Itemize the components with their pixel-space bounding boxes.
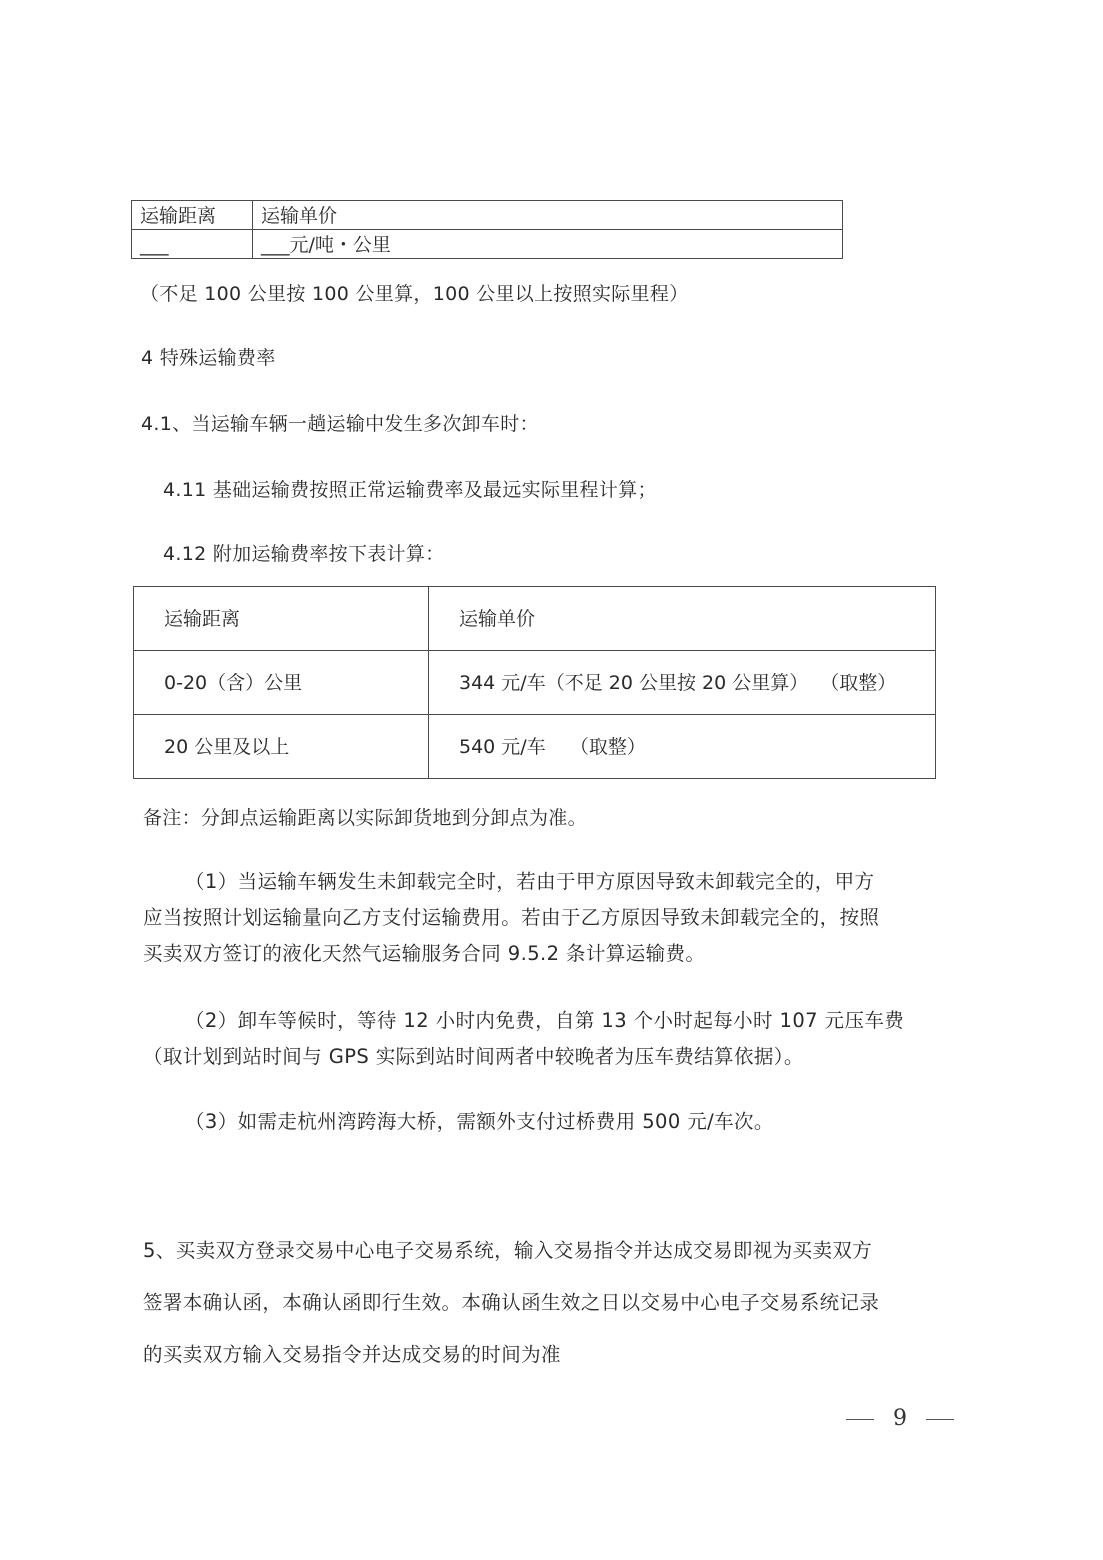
- item-1-paragraph: （1）当运输车辆发生未卸载完全时，若由于甲方原因导致未卸载完全的，甲方 应当按照…: [143, 864, 879, 972]
- transport-rate-table: 运输距离 运输单价 ___ ___元/吨・公里: [131, 200, 843, 259]
- table-header-cell: 运输单价: [253, 201, 843, 230]
- item-3-paragraph: （3）如需走杭州湾跨海大桥，需额外支付过桥费用 500 元/车次。: [185, 1104, 774, 1140]
- section-4-1: 4.1、当运输车辆一趟运输中发生多次卸车时：: [141, 412, 539, 436]
- table-row: 0-20（含）公里 344 元/车（不足 20 公里按 20 公里算） （取整）: [134, 651, 936, 715]
- table-header-cell: 运输距离: [132, 201, 253, 230]
- table-header-cell: 运输单价: [429, 587, 936, 651]
- section-4-title: 4 特殊运输费率: [141, 346, 276, 370]
- table-row: ___ ___元/吨・公里: [132, 230, 843, 259]
- page-number-value: 9: [893, 1406, 907, 1431]
- item-2-paragraph: （2）卸车等候时，等待 12 小时内免费，自第 13 个小时起每小时 107 元…: [143, 1003, 904, 1075]
- section-5-line: 签署本确认函，本确认函即行生效。本确认函生效之日以交易中心电子交易系统记录: [143, 1277, 879, 1329]
- section-5-line: 5、买卖双方登录交易中心电子交易系统，输入交易指令并达成交易即视为买卖双方: [143, 1225, 879, 1277]
- table-header-row: 运输距离 运输单价: [132, 201, 843, 230]
- table-cell: 344 元/车（不足 20 公里按 20 公里算） （取整）: [429, 651, 936, 715]
- item-1-line: （1）当运输车辆发生未卸载完全时，若由于甲方原因导致未卸载完全的，甲方: [143, 864, 879, 900]
- table-row: 20 公里及以上 540 元/车 （取整）: [134, 715, 936, 779]
- item-1-line: 应当按照计划运输量向乙方支付运输费用。若由于乙方原因导致未卸载完全的，按照: [143, 900, 879, 936]
- table-header-row: 运输距离 运输单价: [134, 587, 936, 651]
- additional-rate-table: 运输距离 运输单价 0-20（含）公里 344 元/车（不足 20 公里按 20…: [133, 586, 936, 779]
- section-5-paragraph: 5、买卖双方登录交易中心电子交易系统，输入交易指令并达成交易即视为买卖双方 签署…: [143, 1225, 879, 1381]
- section-4-11: 4.11 基础运输费按照正常运输费率及最远实际里程计算；: [163, 478, 657, 502]
- section-4-12: 4.12 附加运输费率按下表计算：: [163, 542, 444, 566]
- dash-left: [846, 1419, 874, 1420]
- table-cell: 20 公里及以上: [134, 715, 429, 779]
- table-cell: ___元/吨・公里: [253, 230, 843, 259]
- item-2-line: （2）卸车等候时，等待 12 小时内免费，自第 13 个小时起每小时 107 元…: [143, 1003, 904, 1039]
- item-1-line: 买卖双方签订的液化天然气运输服务合同 9.5.2 条计算运输费。: [143, 936, 879, 972]
- table-cell: ___: [132, 230, 253, 259]
- table-header-cell: 运输距离: [134, 587, 429, 651]
- item-2-line: （取计划到站时间与 GPS 实际到站时间两者中较晚者为压车费结算依据）。: [143, 1039, 904, 1075]
- table-cell: 540 元/车 （取整）: [429, 715, 936, 779]
- page-number: 9: [846, 1406, 954, 1431]
- dash-right: [926, 1419, 954, 1420]
- note-100km: （不足 100 公里按 100 公里算，100 公里以上按照实际里程）: [140, 282, 689, 306]
- section-5-line: 的买卖双方输入交易指令并达成交易的时间为准: [143, 1329, 879, 1381]
- table-cell: 0-20（含）公里: [134, 651, 429, 715]
- remark: 备注：分卸点运输距离以实际卸货地到分卸点为准。: [143, 806, 587, 830]
